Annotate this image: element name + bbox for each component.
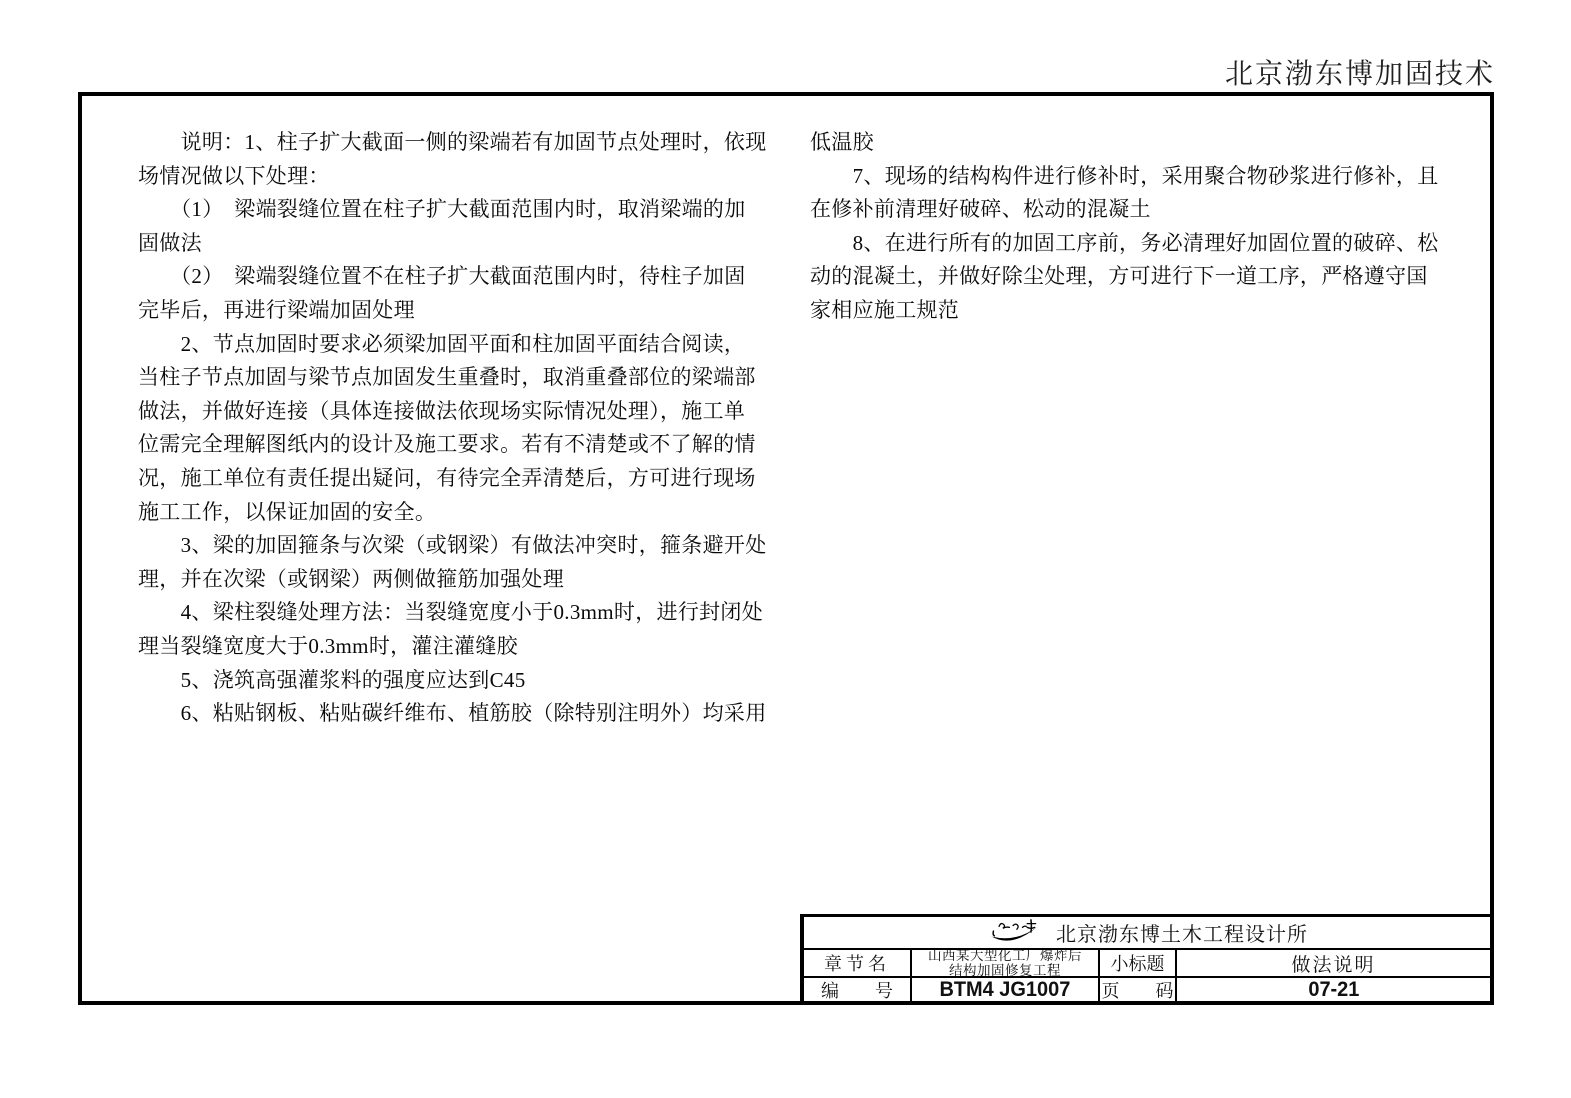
project-name: 山西某大型化工厂爆炸后 结构加固修复工程 — [928, 948, 1082, 976]
chapter-label: 章节名 — [824, 950, 890, 976]
text-line: 理，并在次梁（或钢梁）两侧做箍筋加强处理 — [138, 563, 774, 597]
sheet-border: 说明：1、柱子扩大截面一侧的梁端若有加固节点处理时，依现场情况做以下处理： （1… — [78, 92, 1494, 1005]
text-line: 3、梁的加固箍条与次梁（或钢梁）有做法冲突时，箍条避开处 — [138, 529, 774, 563]
subtitle-value: 做法说明 — [1291, 950, 1375, 977]
subtitle-label-cell: 小标题 — [1098, 948, 1175, 976]
text-line: 位需完全理解图纸内的设计及施工要求。若有不清楚或不了解的情 — [138, 428, 774, 462]
text-line: 施工工作，以保证加固的安全。 — [138, 496, 774, 530]
text-line: 5、浇筑高强灌浆料的强度应达到C45 — [138, 664, 774, 698]
text-line: （2） 梁端裂缝位置不在柱子扩大截面范围内时，待柱子加固 — [138, 260, 774, 294]
text-line: （1） 梁端裂缝位置在柱子扩大截面范围内时，取消梁端的加 — [138, 193, 774, 227]
text-line: 在修补前清理好破碎、松动的混凝土 — [810, 193, 1446, 227]
text-line: 4、梁柱裂缝处理方法：当裂缝宽度小于0.3mm时，进行封闭处 — [138, 596, 774, 630]
text-line: 2、节点加固时要求必须梁加固平面和柱加固平面结合阅读， — [138, 328, 774, 362]
text-line: 家相应施工规范 — [810, 294, 1446, 328]
text-line: 况，施工单位有责任提出疑问，有待完全弄清楚后，方可进行现场 — [138, 462, 774, 496]
text-line: 8、在进行所有的加固工序前，务必清理好加固位置的破碎、松 — [810, 227, 1446, 261]
text-line: 6、粘贴钢板、粘贴碳纤维布、植筋胶（除特别注明外）均采用 — [138, 697, 774, 731]
subtitle-label: 小标题 — [1111, 950, 1165, 976]
project-name-line1: 山西某大型化工厂爆炸后 — [928, 948, 1082, 963]
project-name-cell: 山西某大型化工厂爆炸后 结构加固修复工程 — [910, 948, 1098, 976]
number-value-cell: BTM4 JG1007 — [910, 976, 1098, 1001]
page-label: 页 码 — [1102, 977, 1174, 1002]
page-label-cell: 页 码 — [1098, 976, 1175, 1001]
text-line: 低温胶 — [810, 126, 1446, 160]
text-line: 理当裂缝宽度大于0.3mm时，灌注灌缝胶 — [138, 630, 774, 664]
page-header-title: 北京渤东博加固技术 — [1225, 52, 1495, 92]
number-value: BTM4 JG1007 — [940, 978, 1071, 1002]
company-row: 北京渤东博土木工程设计所 — [804, 917, 1490, 948]
title-block: 北京渤东博土木工程设计所 章节名 山西某大型化工厂爆炸后 结构加固修复工程 小标… — [800, 914, 1490, 1001]
scanned-drawing-page: 北京渤东博加固技术 说明：1、柱子扩大截面一侧的梁端若有加固节点处理时，依现场情… — [0, 0, 1571, 1098]
text-line: 做法，并做好连接（具体连接做法依现场实际情况处理），施工单 — [138, 395, 774, 429]
company-name: 北京渤东博土木工程设计所 — [1056, 918, 1308, 947]
page-value-cell: 07-21 — [1175, 976, 1490, 1001]
text-line: 固做法 — [138, 227, 774, 261]
chapter-label-cell: 章节名 — [804, 948, 910, 976]
number-label-cell: 编 号 — [804, 976, 910, 1001]
notes-right-column: 低温胶 7、现场的结构构件进行修补时，采用聚合物砂浆进行修补，且在修补前清理好破… — [810, 126, 1446, 328]
text-line: 动的混凝土，并做好除尘处理，方可进行下一道工序，严格遵守国 — [810, 260, 1446, 294]
notes-left-column: 说明：1、柱子扩大截面一侧的梁端若有加固节点处理时，依现场情况做以下处理： （1… — [138, 126, 774, 731]
company-signature-logo-icon — [986, 918, 1044, 948]
page-value: 07-21 — [1308, 978, 1359, 1002]
text-line: 说明：1、柱子扩大截面一侧的梁端若有加固节点处理时，依现 — [138, 126, 774, 160]
text-line: 7、现场的结构构件进行修补时，采用聚合物砂浆进行修补，且 — [810, 160, 1446, 194]
text-line: 当柱子节点加固与梁节点加固发生重叠时，取消重叠部位的梁端部 — [138, 361, 774, 395]
project-name-line2: 结构加固修复工程 — [928, 963, 1082, 976]
text-line: 完毕后，再进行梁端加固处理 — [138, 294, 774, 328]
text-line: 场情况做以下处理： — [138, 160, 774, 194]
number-label: 编 号 — [821, 977, 893, 1002]
subtitle-value-cell: 做法说明 — [1175, 948, 1490, 976]
